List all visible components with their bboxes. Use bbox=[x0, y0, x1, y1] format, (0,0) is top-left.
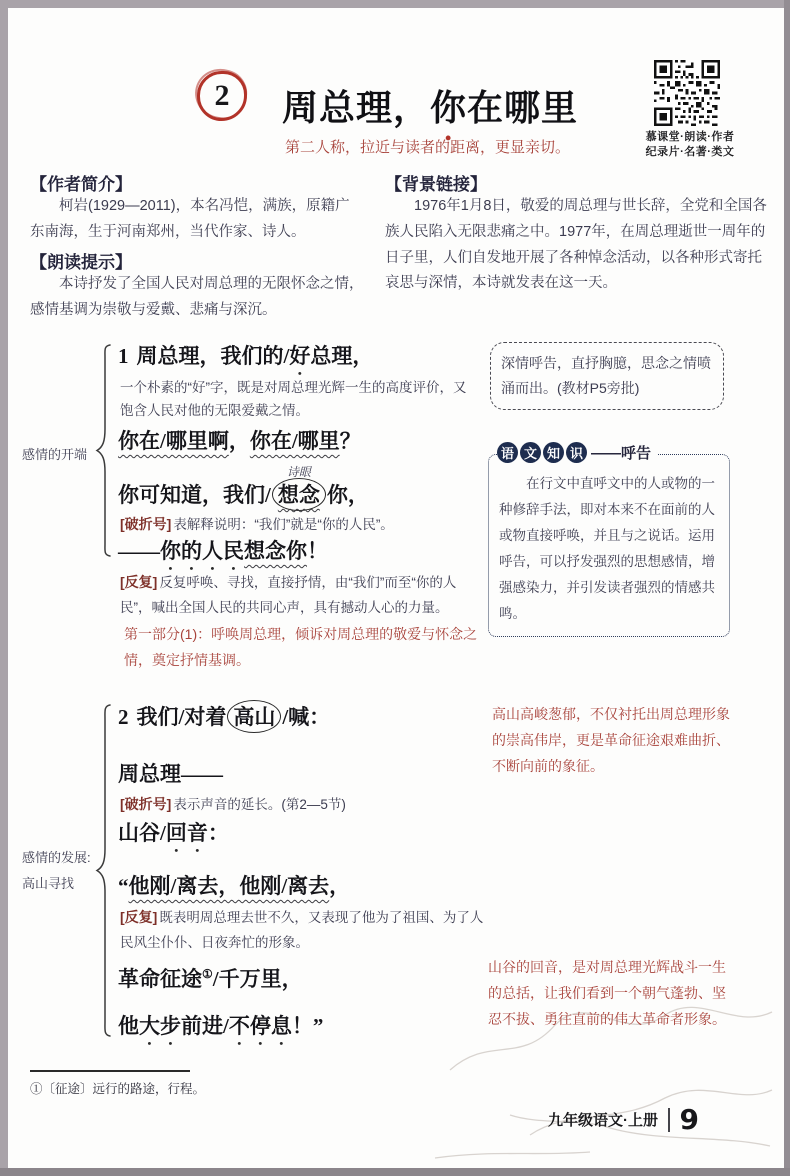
poem-eye-label: 诗眼 bbox=[287, 463, 311, 480]
qr-caption-line1: 慕课堂·朗读·作者 bbox=[630, 128, 750, 144]
lesson-number: 2 bbox=[215, 79, 230, 113]
poem-s1-line3: 你可知道，我们/诗眼想念你， bbox=[118, 478, 369, 511]
brace-section1 bbox=[95, 343, 113, 558]
reading-tip-header: 【朗读提示】 bbox=[30, 248, 132, 273]
margin-note-echo: 山谷的回音，是对周总理光辉战斗一生的总括，让我们看到一个朝气蓬勃、坚忍不拔、勇往… bbox=[488, 955, 730, 1033]
poem-s1-line3-post: 你， bbox=[327, 483, 369, 507]
poem-s1-line4-dash: —— bbox=[118, 539, 160, 563]
title-margin-note: 第二人称，拉近与读者的距离，更显亲切。 bbox=[240, 136, 570, 157]
footnote-marker: ① bbox=[202, 967, 213, 981]
page-edge-right bbox=[784, 0, 790, 1176]
poem-s2-line4: “他刚/离去，他刚/离去， bbox=[118, 870, 350, 900]
background-header: 【背景链接】 bbox=[385, 170, 487, 195]
side-label-section2: 感情的发展: 高山寻找 bbox=[22, 845, 91, 897]
knowledge-badge-row: 语 文 知 识 ——呼告 bbox=[497, 442, 657, 463]
repeat-note-1-tag: [反复] bbox=[120, 574, 157, 590]
page-edge-top bbox=[0, 0, 790, 8]
lesson-number-badge: 2 bbox=[197, 71, 247, 121]
repeat-note-2-text: 既表明周总理去世不久，又表现了他为了祖国、为了人民风尘仆仆、日夜奔忙的形象。 bbox=[120, 910, 483, 950]
poem-s1-line1-dot: 好 bbox=[289, 344, 310, 368]
background-body: 1976年1月8日，敬爱的周总理与世长辞，全党和全国各族人民陷入无限悲痛之中。1… bbox=[385, 194, 767, 297]
poem-s1-line4-dots: 你的人民 bbox=[160, 539, 244, 563]
knowledge-title: ——呼告 bbox=[591, 442, 651, 463]
page-edge-bottom bbox=[0, 1168, 790, 1176]
footer-divider-bar bbox=[668, 1108, 670, 1132]
knowledge-badge-char: 文 bbox=[520, 442, 541, 463]
poem-s2-line1-pre: 我们/对着 bbox=[137, 705, 227, 729]
margin-callout-box: 深情呼告，直抒胸臆，思念之情喷涌而出。(教材P5旁批) bbox=[490, 342, 724, 410]
poem-s2-line3-post: ： bbox=[208, 821, 229, 845]
brace-section2 bbox=[95, 703, 113, 1038]
poem-eye-word: 想念 bbox=[272, 478, 326, 511]
poem-s1-line2-wavy1: 你在/哪里啊 bbox=[118, 429, 229, 453]
poem-s2-line3-pre: 山谷/ bbox=[118, 821, 166, 845]
poem-s2-line5-pre: 革命征途 bbox=[118, 967, 202, 991]
knowledge-badge-char: 语 bbox=[497, 442, 518, 463]
reading-tip-body: 本诗抒发了全国人民对周总理的无限怀念之情，感情基调为崇敬与爱戴、悲痛与深沉。 bbox=[30, 272, 364, 324]
knowledge-badge-char: 识 bbox=[566, 442, 587, 463]
qr-caption-line2: 纪录片·名著·类文 bbox=[630, 143, 750, 159]
stanza-number-2: 2 bbox=[118, 705, 129, 729]
side-label-section2-line1: 感情的发展: bbox=[22, 845, 91, 871]
poem-s1-line4: ——你的人民想念你！ bbox=[118, 535, 328, 575]
knowledge-box: 语 文 知 识 ——呼告 在行文中直呼文中的人或物的一种修辞手法，即对本来不在面… bbox=[488, 454, 730, 637]
book-title-label: 九年级语文·上册 bbox=[548, 1109, 658, 1130]
repeat-note-2: [反复]既表明周总理去世不久，又表现了他为了祖国、为了人民风尘仆仆、日夜奔忙的形… bbox=[120, 905, 484, 956]
repeat-note-1: [反复]反复呼唤、寻找，直接抒情，由“我们”而至“你的人民”，喊出全国人民的共同… bbox=[120, 570, 484, 621]
poem-s2-line3: 山谷/回音： bbox=[118, 817, 229, 857]
dash-note-2: [破折号]表示声音的延长。(第2—5节) bbox=[120, 793, 480, 816]
poem-s1-line4-wavy: 想念你 bbox=[244, 539, 307, 563]
poem-s2-line6-mid: 前进/ bbox=[181, 1014, 229, 1038]
lesson-title-emphasis: 你 bbox=[430, 88, 467, 128]
repeat-note-1-text: 反复呼唤、寻找，直接抒情，由“我们”而至“你的人民”，喊出全国人民的共同心声，具… bbox=[120, 575, 456, 615]
dash-note-1-text: 表解释说明：“我们”就是“你的人民”。 bbox=[173, 517, 393, 532]
dash-note-1-tag: [破折号] bbox=[120, 516, 171, 532]
poem-s1-line4-end: ！ bbox=[307, 539, 328, 563]
part1-summary: 第一部分(1)：呼唤周总理，倾诉对周总理的敬爱与怀念之情，奠定抒情基调。 bbox=[124, 622, 484, 674]
author-intro-body: 柯岩(1929—2011)，本名冯恺，满族，原籍广东南海，生于河南郑州，当代作家… bbox=[30, 194, 364, 246]
poem-s2-line4-open: “ bbox=[118, 874, 129, 898]
author-intro-header: 【作者简介】 bbox=[30, 170, 132, 195]
footnote-divider bbox=[30, 1070, 190, 1072]
poem-s1-line1-post: 总理， bbox=[310, 344, 373, 368]
knowledge-body: 在行文中直呼文中的人或物的一种修辞手法，即对本来不在面前的人或物直接呼唤，并且与… bbox=[499, 471, 719, 626]
poem-s2-line3-dots: 回音 bbox=[166, 821, 208, 845]
knowledge-badge-char: 知 bbox=[543, 442, 564, 463]
dash-note-1: [破折号]表解释说明：“我们”就是“你的人民”。 bbox=[120, 513, 480, 536]
poem-s2-line5: 革命征途①/千万里， bbox=[118, 963, 303, 993]
poem-s2-line2: 周总理—— bbox=[118, 758, 223, 788]
side-label-section2-line2: 高山寻找 bbox=[22, 871, 91, 897]
poem-s2-line1: 2我们/对着高山/喊： bbox=[118, 700, 330, 733]
poem-s1-line3-pre: 你可知道，我们/ bbox=[118, 483, 271, 507]
dash-note-2-text: 表示声音的延长。(第2—5节) bbox=[173, 797, 346, 812]
poem-s2-line6-end: ！” bbox=[292, 1014, 324, 1038]
repeat-note-2-tag: [反复] bbox=[120, 909, 157, 925]
poem-s1-line2: 你在/哪里啊，你在/哪里？ bbox=[118, 425, 361, 455]
footnote-text: ①〔征途〕远行的路途，行程。 bbox=[30, 1079, 205, 1097]
page-footer: 九年级语文·上册 9 bbox=[548, 1103, 699, 1136]
lesson-title-post: 在哪里 bbox=[467, 88, 578, 128]
poem-s1-line1-pre: 周总理，我们的/ bbox=[137, 344, 290, 368]
poem-s2-line6-pre: 他 bbox=[118, 1014, 139, 1038]
poem-eye-wrap: 诗眼想念 bbox=[271, 478, 327, 511]
poem-s2-line6: 他大步前进/不停息！” bbox=[118, 1010, 323, 1050]
page-number: 9 bbox=[680, 1103, 699, 1136]
stanza-number-1: 1 bbox=[118, 344, 129, 368]
poem-s2-line4-end: ， bbox=[329, 874, 350, 898]
dash-note-2-tag: [破折号] bbox=[120, 796, 171, 812]
side-label-section1: 感情的开端 bbox=[22, 442, 87, 468]
poem-s1-line2-end: ？ bbox=[340, 429, 361, 453]
poem-s2-line6-dots2: 不停息 bbox=[229, 1014, 292, 1038]
page-edge-left bbox=[0, 0, 8, 1176]
lesson-title-pre: 周总理， bbox=[282, 88, 430, 128]
poem-s2-line1-post: /喊： bbox=[282, 705, 330, 729]
poem-s2-line5-post: /千万里， bbox=[213, 967, 303, 991]
poem-s1-line2-mid: ， bbox=[229, 429, 250, 453]
poem-s1-line2-wavy2: 你在/哪里 bbox=[250, 429, 340, 453]
annotation-good-premier: 一个朴素的“好”字，既是对周总理光辉一生的高度评价，又饱含人民对他的无限爱戴之情… bbox=[120, 376, 472, 422]
margin-note-mountain: 高山高峻葱郁，不仅衬托出周总理形象的崇高伟岸，更是革命征途艰难曲折、不断向前的象… bbox=[492, 702, 730, 780]
qr-code-icon bbox=[654, 60, 720, 126]
poem-s1-line1: 1周总理，我们的/好总理， bbox=[118, 340, 373, 380]
poem-s2-circled-mountain: 高山 bbox=[227, 700, 281, 733]
poem-s2-line6-dots1: 大步 bbox=[139, 1014, 181, 1038]
poem-s2-line4-wavy: 他刚/离去，他刚/离去 bbox=[129, 874, 330, 898]
textbook-page: 2 周总理，你在哪里 第二人称，拉近与读者的距离，更显亲切。 bbox=[0, 0, 790, 1176]
